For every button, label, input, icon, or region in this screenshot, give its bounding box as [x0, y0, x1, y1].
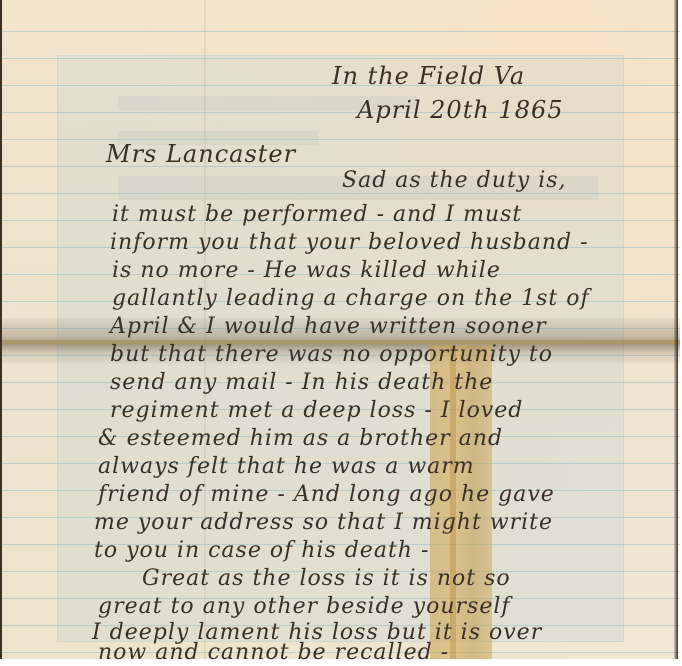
letter-line: friend of mine - And long ago he gave [98, 482, 555, 507]
letter-line: & esteemed him as a brother and [98, 426, 503, 451]
paper-edge [674, 0, 678, 659]
letter-line: now and cannot be recalled - [98, 640, 449, 665]
letter-line: great to any other beside yourself [98, 594, 511, 619]
letter-paper: In the Field Va April 20th 1865 Mrs Lanc… [0, 0, 678, 659]
letter-line: me your address so that I might write [94, 510, 553, 535]
letter-line: gallantly leading a charge on the 1st of [112, 286, 590, 311]
letter-date: April 20th 1865 [357, 96, 564, 124]
letter-line: inform you that your beloved husband - [110, 230, 589, 255]
letter-line: but that there was no opportunity to [110, 342, 553, 367]
letter-line: it must be performed - and I must [112, 202, 522, 227]
letter-place: In the Field Va [332, 62, 525, 90]
letter-line: Great as the loss is it is not so [142, 566, 511, 591]
letter-salutation: Mrs Lancaster [106, 140, 296, 168]
letter-line: always felt that he was a warm [98, 454, 475, 479]
letter-line: April & I would have written sooner [110, 314, 547, 339]
letter-line: is no more - He was killed while [112, 258, 501, 283]
letter-line: Sad as the duty is, [342, 168, 567, 193]
letter-line: regiment met a deep loss - I loved [110, 398, 523, 423]
letter-line: to you in case of his death - [94, 538, 429, 563]
letter-line: send any mail - In his death the [110, 370, 493, 395]
